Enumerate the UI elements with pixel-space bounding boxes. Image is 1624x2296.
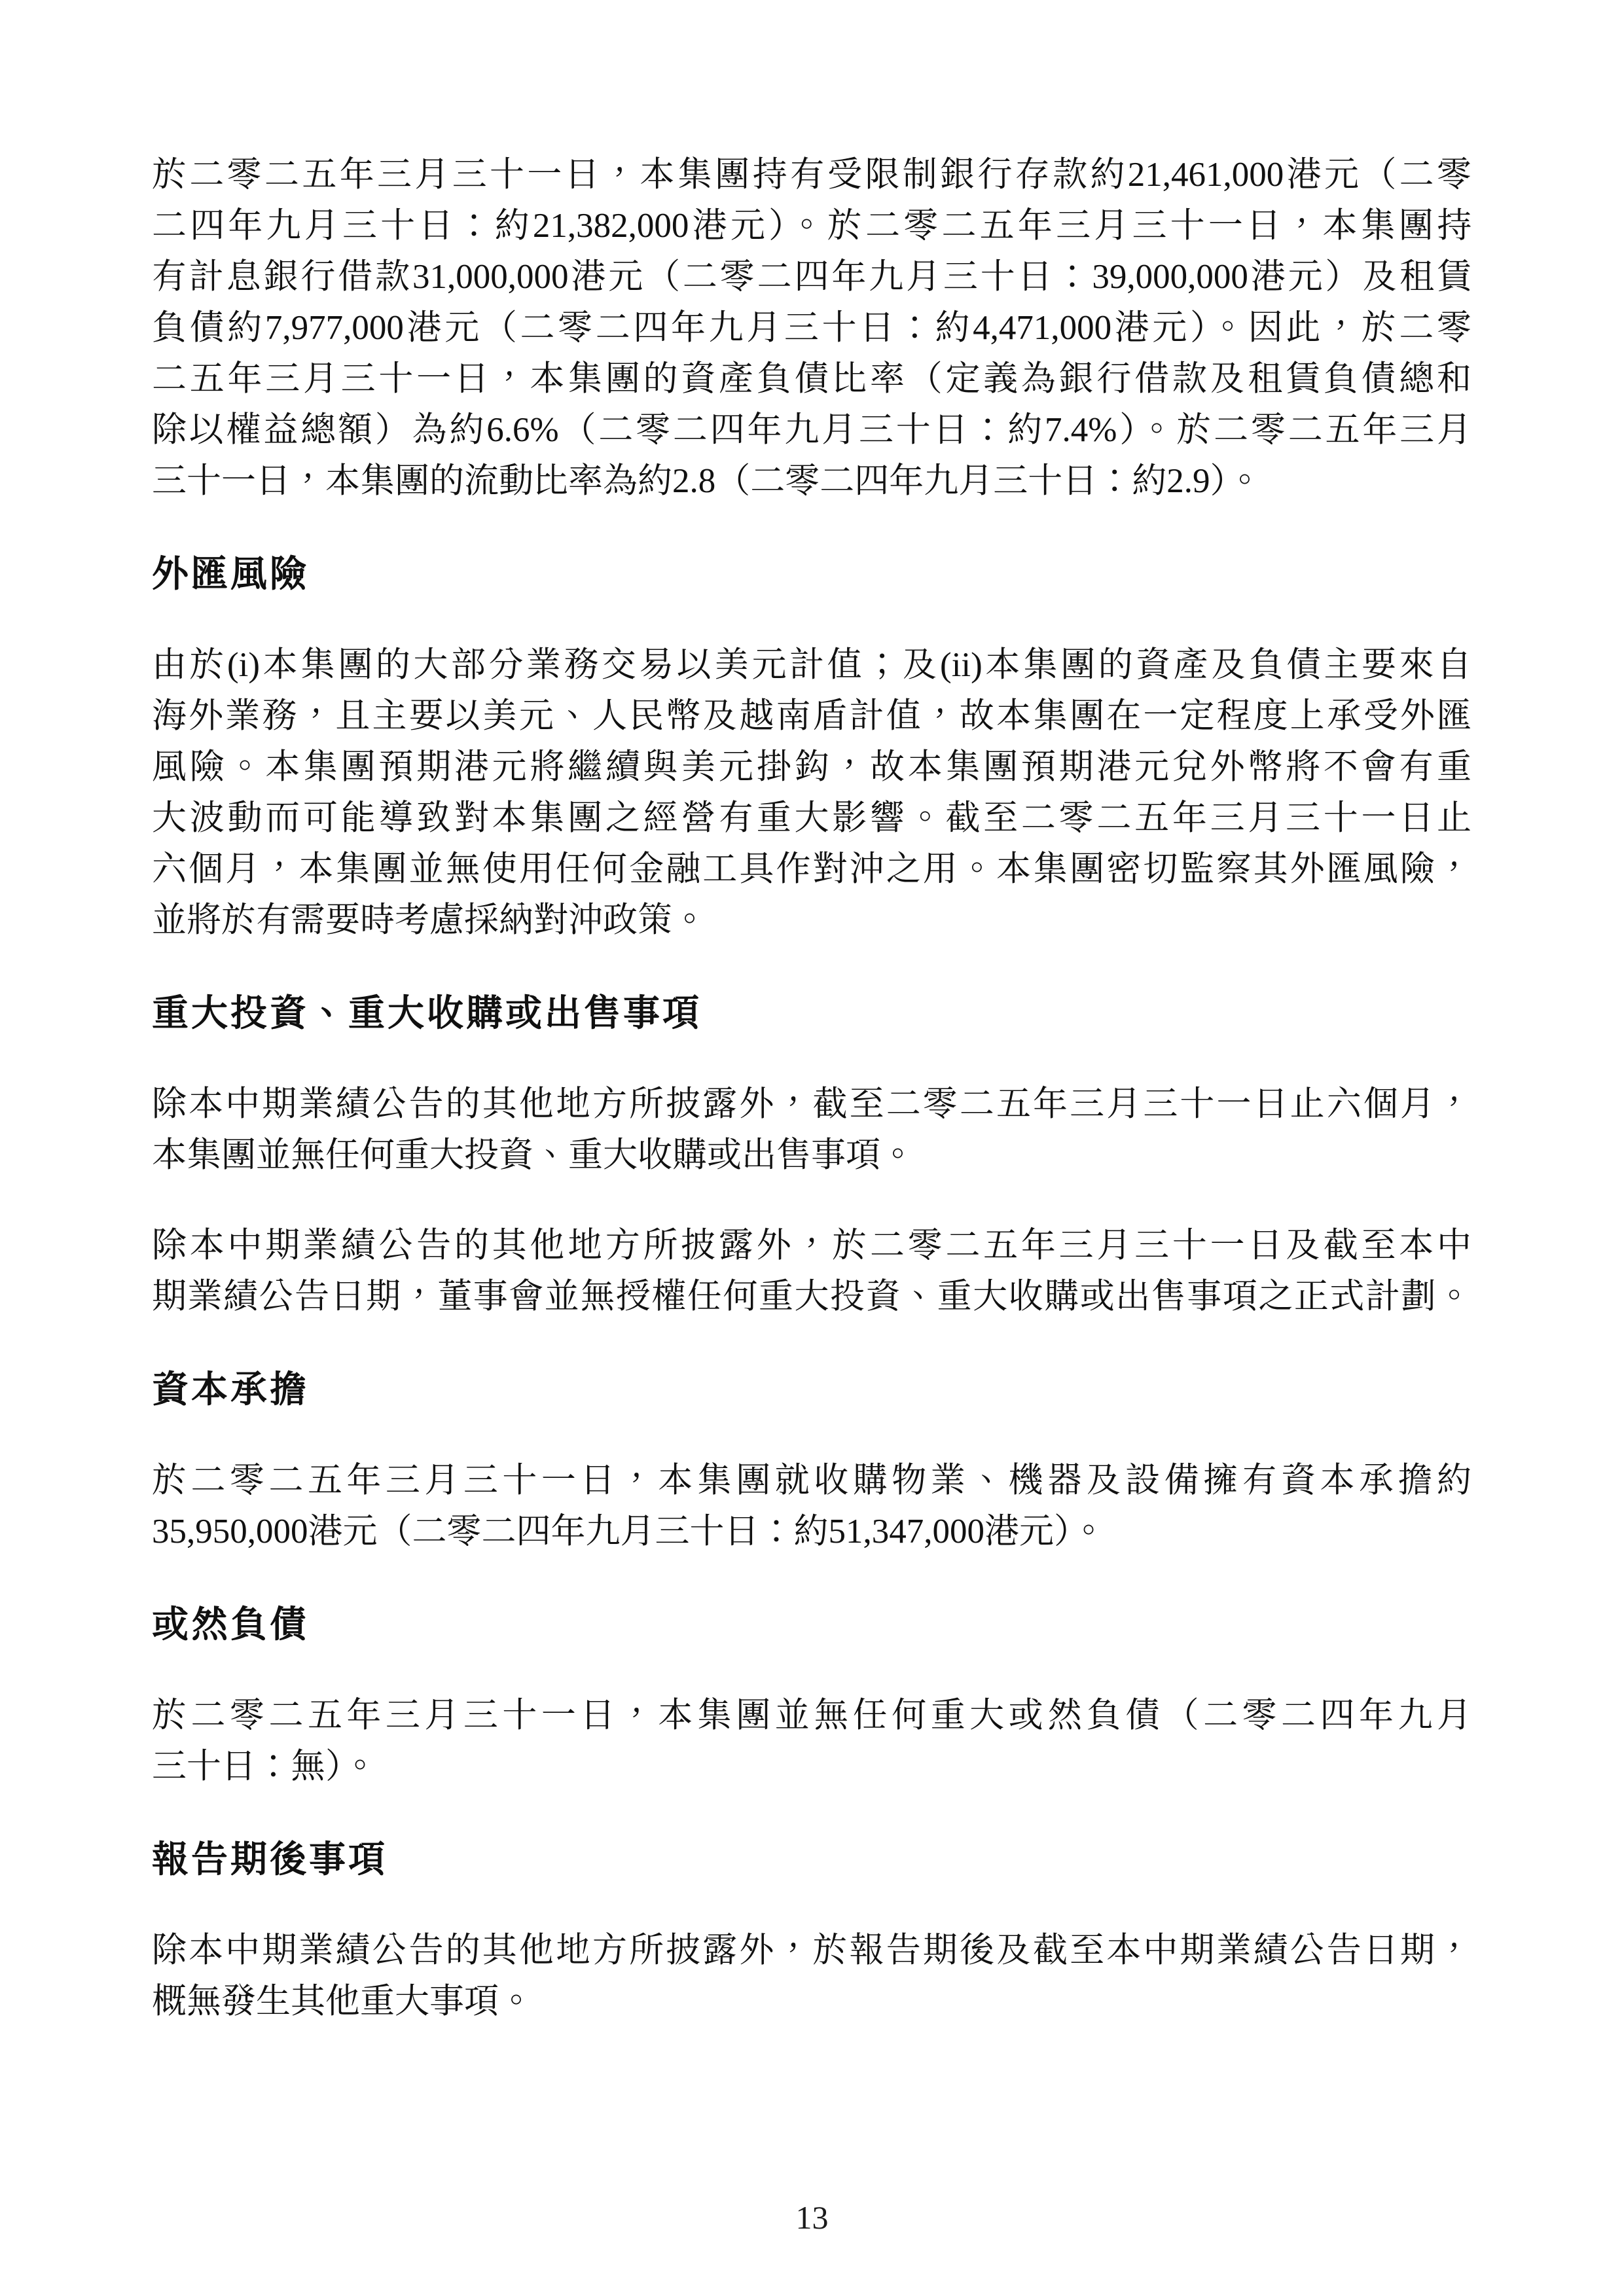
paragraph-fx-risk: 由於(i)本集團的大部分業務交易以美元計值；及(ii)本集團的資產及負債主要來自… bbox=[152, 639, 1471, 946]
paragraph-capital-commitments: 於二零二五年三月三十一日，本集團就收購物業、機器及設備擁有資本承擔約 35,95… bbox=[152, 1455, 1471, 1557]
paragraph-events-after-reporting-period: 除本中期業績公告的其他地方所披露外，於報告期後及截至本中期業績公告日期， 概無發… bbox=[152, 1925, 1471, 2027]
paragraph-contingent-liabilities: 於二零二五年三月三十一日，本集團並無任何重大或然負債（二零二四年九月 三十日：無… bbox=[152, 1690, 1471, 1792]
body-line: 於二零二五年三月三十一日，本集團就收購物業、機器及設備擁有資本承擔約 bbox=[152, 1455, 1471, 1506]
body-line: 35,950,000港元（二零二四年九月三十日：約51,347,000港元）。 bbox=[152, 1506, 1471, 1557]
body-line: 本集團並無任何重大投資、重大收購或出售事項。 bbox=[152, 1130, 1471, 1181]
body-line: 並將於有需要時考慮採納對沖政策。 bbox=[152, 895, 1471, 946]
body-line: 大波動而可能導致對本集團之經營有重大影響。截至二零二五年三月三十一日止 bbox=[152, 793, 1471, 844]
heading-major-investments: 重大投資、重大收購或出售事項 bbox=[152, 988, 1471, 1039]
body-line: 於二零二五年三月三十一日，本集團並無任何重大或然負債（二零二四年九月 bbox=[152, 1690, 1471, 1741]
body-line: 除本中期業績公告的其他地方所披露外，於報告期後及截至本中期業績公告日期， bbox=[152, 1925, 1471, 1976]
body-line: 期業績公告日期，董事會並無授權任何重大投資、重大收購或出售事項之正式計劃。 bbox=[152, 1271, 1471, 1322]
body-line: 風險。本集團預期港元將繼續與美元掛鈎，故本集團預期港元兌外幣將不會有重 bbox=[152, 742, 1471, 793]
body-line: 除本中期業績公告的其他地方所披露外，於二零二五年三月三十一日及截至本中 bbox=[152, 1220, 1471, 1271]
body-line: 於二零二五年三月三十一日，本集團持有受限制銀行存款約21,461,000港元（二… bbox=[152, 149, 1471, 200]
body-line: 除本中期業績公告的其他地方所披露外，截至二零二五年三月三十一日止六個月， bbox=[152, 1079, 1471, 1130]
heading-events-after-reporting-period: 報告期後事項 bbox=[152, 1834, 1471, 1885]
body-line: 除以權益總額）為約6.6%（二零二四年九月三十日：約7.4%）。於二零二五年三月 bbox=[152, 404, 1471, 456]
page-number: 13 bbox=[0, 2198, 1624, 2237]
paragraph-major-investments-2: 除本中期業績公告的其他地方所披露外，於二零二五年三月三十一日及截至本中 期業績公… bbox=[152, 1220, 1471, 1322]
body-line: 概無發生其他重大事項。 bbox=[152, 1976, 1471, 2027]
body-line: 海外業務，且主要以美元、人民幣及越南盾計值，故本集團在一定程度上承受外匯 bbox=[152, 691, 1471, 742]
body-line: 二四年九月三十日：約21,382,000港元）。於二零二五年三月三十一日，本集團… bbox=[152, 200, 1471, 251]
paragraph-liquidity: 於二零二五年三月三十一日，本集團持有受限制銀行存款約21,461,000港元（二… bbox=[152, 149, 1471, 507]
document-page: { "page_number": "13", "colors": { "back… bbox=[0, 0, 1624, 2296]
body-line: 有計息銀行借款31,000,000港元（二零二四年九月三十日：39,000,00… bbox=[152, 251, 1471, 302]
body-line: 三十日：無）。 bbox=[152, 1741, 1471, 1792]
document-body: 於二零二五年三月三十一日，本集團持有受限制銀行存款約21,461,000港元（二… bbox=[152, 149, 1471, 2066]
body-line: 由於(i)本集團的大部分業務交易以美元計值；及(ii)本集團的資產及負債主要來自 bbox=[152, 639, 1471, 691]
heading-contingent-liabilities: 或然負債 bbox=[152, 1599, 1471, 1650]
body-line: 三十一日，本集團的流動比率為約2.8（二零二四年九月三十日：約2.9）。 bbox=[152, 456, 1471, 507]
body-line: 負債約7,977,000港元（二零二四年九月三十日：約4,471,000港元）。… bbox=[152, 302, 1471, 353]
paragraph-major-investments-1: 除本中期業績公告的其他地方所披露外，截至二零二五年三月三十一日止六個月， 本集團… bbox=[152, 1079, 1471, 1181]
body-line: 二五年三月三十一日，本集團的資產負債比率（定義為銀行借款及租賃負債總和 bbox=[152, 353, 1471, 404]
heading-fx-risk: 外匯風險 bbox=[152, 548, 1471, 600]
heading-capital-commitments: 資本承擔 bbox=[152, 1364, 1471, 1415]
body-line: 六個月，本集團並無使用任何金融工具作對沖之用。本集團密切監察其外匯風險， bbox=[152, 844, 1471, 895]
